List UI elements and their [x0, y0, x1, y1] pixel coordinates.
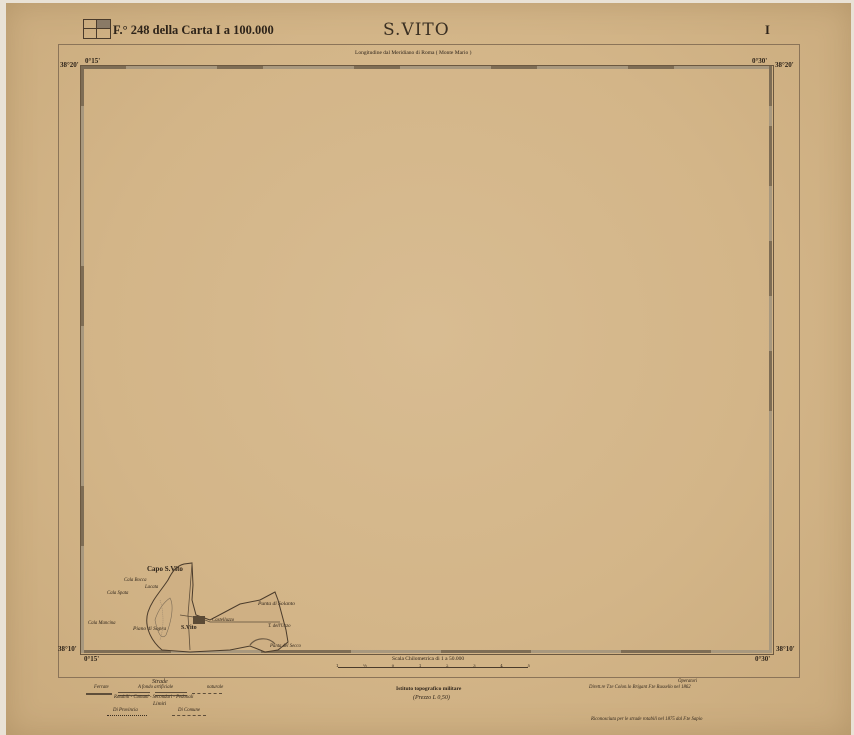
lat-top-right: 38°20' — [775, 61, 794, 69]
top-graduation — [81, 66, 771, 69]
sheet-reference: F.° 248 della Carta I a 100.000 — [113, 23, 274, 38]
lon-bottom-left: 0°15' — [84, 655, 99, 663]
map-title: S.VITO — [383, 20, 450, 40]
scale-tick: 3 — [473, 663, 476, 668]
legend-provincia: Di Provincia — [113, 708, 138, 713]
legend-road-3 — [192, 693, 222, 694]
legend-limiti-title: Limiti — [153, 701, 166, 707]
lat-bottom-right: 38°10' — [776, 645, 795, 653]
scale-tick: 1 — [419, 663, 422, 668]
label-san-vito-town: S.Vito — [181, 625, 197, 631]
sheet-index-grid — [83, 19, 111, 39]
scale-tick: 1 — [336, 663, 339, 668]
label-punta-di-solanto: Punta di Solanto — [258, 601, 295, 607]
label-cala-bocca: Cala Bocca — [124, 578, 147, 583]
lon-bottom-right: 0°30' — [755, 655, 770, 663]
scale-tick: 2 — [446, 663, 449, 668]
label-salina: Castelluzzo — [212, 618, 234, 623]
label-torre-uzzo: T. dell'Uzzo — [268, 624, 291, 629]
legend-comune: Di Comune — [178, 708, 200, 713]
coastline-capo-san-vito — [100, 560, 320, 655]
publisher-price: (Prezzo L 0,50) — [413, 695, 450, 701]
quadrant-number: I — [765, 23, 770, 38]
legend-fondo-artificiale: A fondo artificiale — [138, 685, 173, 690]
legend-rail-line — [86, 693, 112, 695]
legend-road-types: Rotabili - Comuni - Secondari - Pedonali — [114, 695, 193, 700]
scale-tick: 0 — [392, 663, 395, 668]
label-piano-di-sopra: Piano di Sopra — [133, 626, 166, 632]
revision-note: Riconosciuta per le strade rotabili nel … — [591, 717, 702, 722]
longitude-note: Longitudine dal Meridiano di Roma ( Mont… — [355, 50, 471, 56]
scale-tick: 4 — [500, 663, 503, 668]
left-graduation — [81, 66, 84, 653]
label-cala-spata: Cala Spata — [107, 591, 128, 596]
operators-names: Dirett.re T.te Colon.lo Brigant F.te Rus… — [589, 685, 691, 690]
legend-provincia-line — [107, 715, 147, 716]
label-punta-del-secco: Punta del Secco — [270, 644, 301, 649]
label-capo-san-vito: Capo S.Vito — [147, 565, 183, 573]
legend-comune-line — [172, 715, 206, 716]
legend-ferrovie: Ferrate — [94, 685, 109, 690]
label-cala-mancina: Cala Mancina — [88, 621, 116, 626]
scale-tick: ½ — [363, 663, 367, 668]
publisher-institute: Istituto topografico militare — [396, 686, 461, 692]
label-lacata: Lacata — [145, 585, 158, 590]
right-graduation — [769, 66, 772, 653]
lat-bottom-left: 38°10' — [58, 645, 77, 653]
operators-title: Operatori — [678, 679, 697, 684]
scale-ticks: 1 ½ 0 1 2 3 4 5 — [336, 663, 530, 668]
scale-label: Scala Chilometrica di 1 a 50.000 — [392, 656, 464, 662]
legend-naturale: naturale — [207, 685, 223, 690]
lon-top-left: 0°15' — [85, 57, 100, 65]
scale-tick: 5 — [527, 663, 530, 668]
lon-top-right: 0°30' — [752, 57, 767, 65]
lat-top-left: 38°20' — [60, 61, 79, 69]
